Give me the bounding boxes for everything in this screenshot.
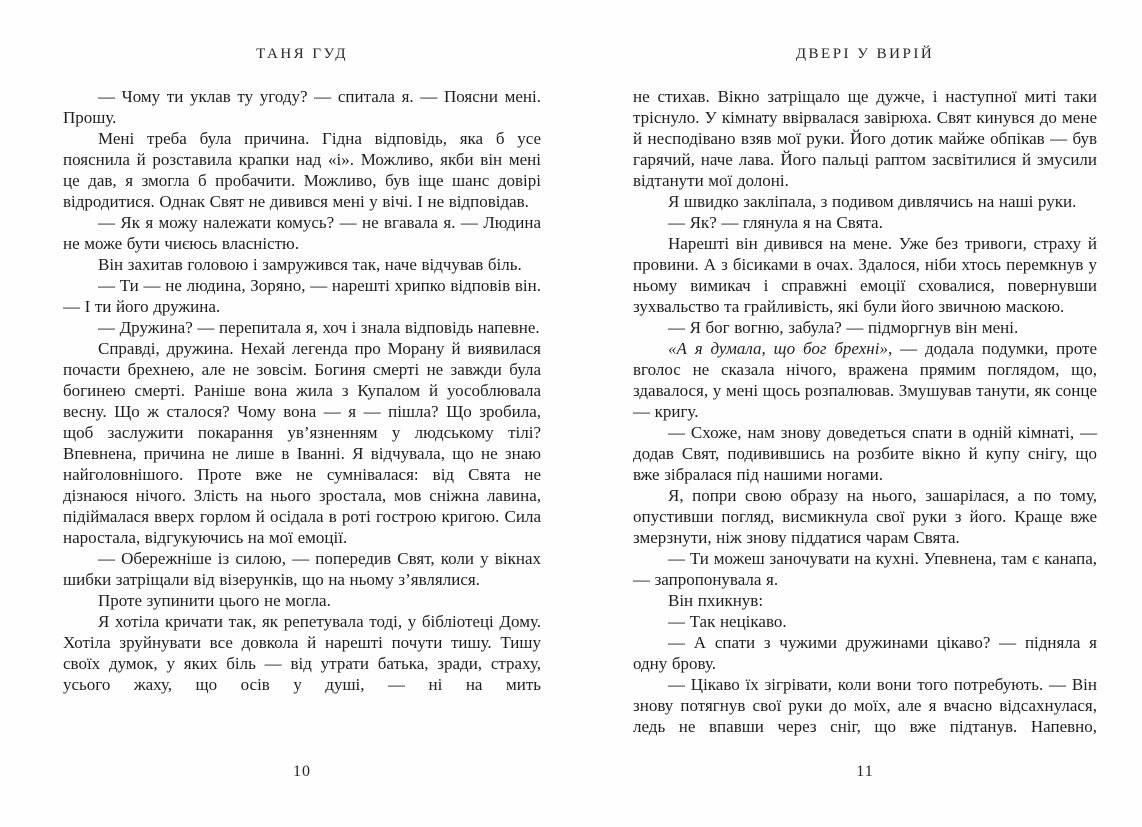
paragraph: Проте зупинити цього не могла.: [63, 590, 541, 611]
paragraph: — Цікаво їх зігрівати, коли вони того по…: [633, 674, 1097, 737]
paragraph: Я хотіла кричати так, як репетувала тоді…: [63, 611, 541, 695]
page-left: ТАНЯ ГУД — Чому ти уклав ту угоду? — спи…: [63, 0, 541, 827]
paragraph: Справді, дружина. Нехай легенда про Мора…: [63, 338, 541, 548]
paragraph: не стихав. Вікно затріщало ще дужче, і н…: [633, 86, 1097, 191]
running-header-author: ТАНЯ ГУД: [63, 46, 541, 63]
running-header-title: ДВЕРІ У ВИРІЙ: [633, 46, 1097, 63]
paragraph: — Дружина? — перепитала я, хоч і знала в…: [63, 317, 541, 338]
paragraph: — Як? — глянула я на Свята.: [633, 212, 1097, 233]
page-left-text: — Чому ти уклав ту угоду? — спитала я. —…: [63, 86, 541, 695]
page-right: ДВЕРІ У ВИРІЙ не стихав. Вікно затріщало…: [633, 0, 1097, 827]
page-right-text: не стихав. Вікно затріщало ще дужче, і н…: [633, 86, 1097, 737]
paragraph: «А я думала, що бог брехні», — додала по…: [633, 338, 1097, 422]
paragraph: — Ти — не людина, Зоряно, — нарешті хрип…: [63, 275, 541, 317]
paragraph: Він захитав головою і замружився так, на…: [63, 254, 541, 275]
paragraph: Мені треба була причина. Гідна відповідь…: [63, 128, 541, 212]
paragraph: Я швидко закліпала, з подивом дивлячись …: [633, 191, 1097, 212]
paragraph: — Я бог вогню, забула? — підморгнув він …: [633, 317, 1097, 338]
paragraph: Я, попри свою образу на нього, зашарілас…: [633, 485, 1097, 548]
paragraph: — Як я можу належати комусь? — не вгавал…: [63, 212, 541, 254]
paragraph: — Обережніше із силою, — попередив Свят,…: [63, 548, 541, 590]
paragraph: — Чому ти уклав ту угоду? — спитала я. —…: [63, 86, 541, 128]
paragraph: — Схоже, нам знову доведеться спати в од…: [633, 422, 1097, 485]
italic-quote: «А я думала, що бог брехні»: [668, 339, 888, 358]
page-number-right: 11: [633, 763, 1097, 781]
paragraph: Він пхикнув:: [633, 590, 1097, 611]
paragraph: Нарешті він дивився на мене. Уже без три…: [633, 233, 1097, 317]
paragraph: — Ти можеш заночувати на кухні. Упевнена…: [633, 548, 1097, 590]
paragraph: — А спати з чужими дружинами цікаво? — п…: [633, 632, 1097, 674]
book-spread: ТАНЯ ГУД — Чому ти уклав ту угоду? — спи…: [0, 0, 1142, 827]
page-number-left: 10: [63, 763, 541, 781]
paragraph: — Так нецікаво.: [633, 611, 1097, 632]
